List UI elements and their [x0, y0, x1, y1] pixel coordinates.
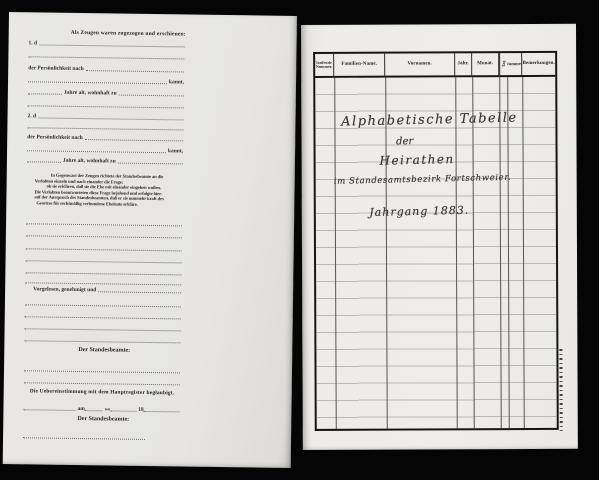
column-divider — [472, 77, 475, 428]
dotted-line — [26, 223, 182, 226]
dotted-line — [27, 161, 61, 162]
identity-label: der Persönlichkeit nach — [28, 65, 86, 72]
dotted-line — [85, 410, 103, 411]
col-header-vornamen: Vornamen. — [385, 53, 455, 75]
read-approved-label: Vorgelesen, genehmigt und — [33, 286, 98, 293]
read-approved-line: Vorgelesen, genehmigt und — [33, 283, 181, 294]
blank-line — [28, 49, 184, 60]
dotted-line — [25, 304, 181, 307]
col-header-tag: Tag — [499, 53, 507, 75]
date-ten-label: ten — [103, 406, 110, 412]
date-line: am ten 18 — [23, 402, 179, 413]
column-divider — [334, 78, 337, 429]
known-line: kannt, — [28, 74, 184, 85]
blank-line — [28, 98, 184, 109]
dotted-line — [39, 44, 184, 47]
column-divider — [507, 77, 510, 428]
col-header-laufende-nummer: laufende Nummer. — [315, 54, 334, 76]
witness2-number: 2. d — [28, 113, 39, 119]
dotted-line — [26, 248, 182, 251]
dotted-line — [24, 340, 180, 343]
dotted-line — [27, 127, 183, 130]
identity-line2: der Persönlichkeit nach — [27, 131, 183, 142]
dotted-line — [28, 56, 184, 59]
registrar-heading-2: Der Standesbeamte: — [61, 416, 145, 423]
column-divider — [522, 77, 525, 428]
known-suffix: kannt, — [167, 79, 184, 85]
dotted-line — [28, 105, 184, 108]
age-residence-label: Jahre alt, wohnhaft zu — [62, 90, 119, 97]
dotted-line — [27, 150, 166, 153]
dotted-line — [110, 410, 136, 411]
blank-line — [27, 120, 183, 131]
dotted-line — [26, 235, 182, 238]
index-table-header: laufende Nummer. Familien-Name. Vornamen… — [315, 53, 555, 78]
dotted-line — [98, 291, 181, 293]
dotted-line — [118, 163, 183, 165]
col-header-jahr: Jahr. — [455, 53, 472, 75]
dotted-line — [24, 370, 180, 373]
witness1-line: 1. d — [29, 37, 185, 48]
dotted-line — [28, 93, 62, 94]
col-header-monat: Monat. — [472, 53, 499, 75]
right-register-page: laufende Nummer. Familien-Name. Vornamen… — [301, 24, 578, 450]
col-header-nummer: Nummer — [507, 53, 522, 75]
col-header-bemerkungen: Bemerkungen. — [522, 53, 555, 75]
registrar-heading: Der Standesbeamte: — [62, 347, 146, 354]
known-line2: kannt, — [27, 143, 183, 154]
identity-label: der Persönlichkeit nach — [27, 134, 85, 141]
identity-line: der Persönlichkeit nach — [28, 62, 184, 73]
index-table: laufende Nummer. Familien-Name. Vornamen… — [313, 51, 559, 431]
known-suffix: kannt, — [166, 148, 183, 154]
printer-imprint — [559, 349, 562, 431]
dotted-line — [28, 81, 167, 84]
dotted-line — [119, 95, 184, 97]
age-line: Jahre alt, wohnhaft zu — [28, 86, 184, 97]
dotted-line — [86, 70, 184, 72]
index-table-body — [315, 77, 557, 429]
col-header-familien-name: Familien-Name. — [334, 54, 385, 76]
dotted-line — [23, 437, 145, 440]
column-divider — [385, 78, 388, 429]
dotted-line — [25, 316, 181, 319]
declaration-paragraph: In Gegenwart der Zeugen richtete der Sta… — [34, 172, 180, 208]
age-line2: Jahre alt, wohnhaft zu — [27, 154, 183, 165]
left-register-page: Als Zeugen waren zugezogen und erschiene… — [3, 12, 297, 468]
column-divider — [499, 77, 502, 428]
dotted-line — [144, 411, 180, 412]
age-residence-label: Jahre alt, wohnhaft zu — [61, 158, 118, 165]
certification-note: Die Uebereinstimmung mit dem Hauptregist… — [30, 388, 175, 396]
witnesses-heading: Als Zeugen waren zugezogen und erschiene… — [71, 30, 186, 38]
dotted-line — [24, 382, 180, 385]
dotted-line — [23, 409, 75, 411]
date-am-label: am — [75, 406, 84, 412]
column-divider — [455, 77, 458, 428]
dotted-line — [85, 139, 183, 141]
date-year-prefix: 18 — [136, 407, 144, 413]
witness1-number: 1. d — [29, 40, 40, 46]
dotted-line — [25, 328, 181, 331]
dotted-line — [26, 260, 182, 263]
